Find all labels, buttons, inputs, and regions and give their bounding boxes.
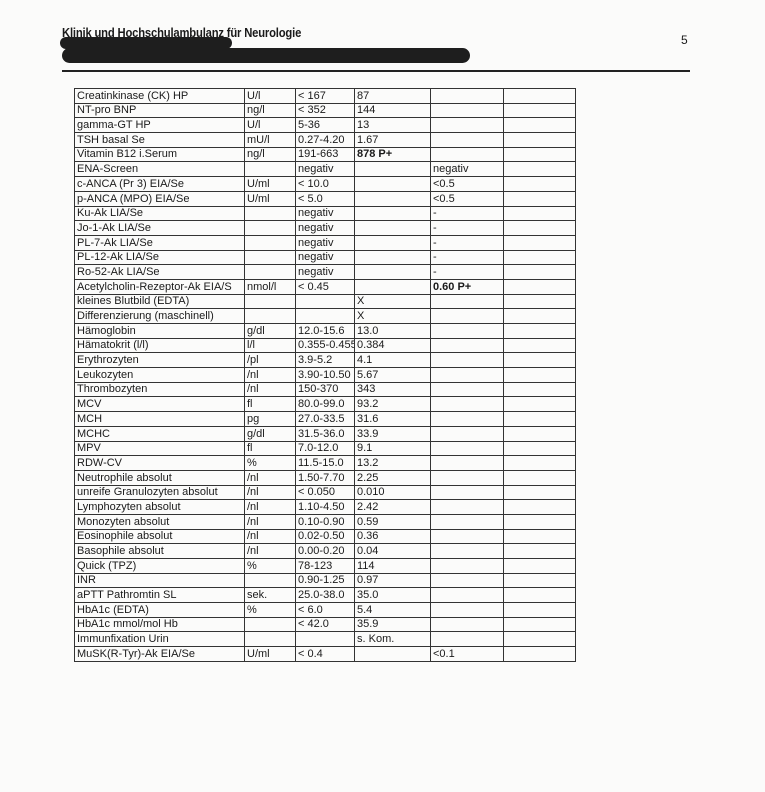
result-cell: X xyxy=(355,309,431,324)
unit-cell xyxy=(245,162,296,177)
result-cell-3 xyxy=(504,221,576,236)
reference-range-cell: 150-370 xyxy=(296,382,355,397)
result-cell-2 xyxy=(431,338,504,353)
result-cell-2 xyxy=(431,617,504,632)
result-cell-3 xyxy=(504,632,576,647)
result-cell-2: 0.60 P+ xyxy=(431,279,504,294)
unit-cell: % xyxy=(245,456,296,471)
unit-cell xyxy=(245,294,296,309)
result-cell: s. Kom. xyxy=(355,632,431,647)
test-name-cell: Ku-Ak LIA/Se xyxy=(75,206,245,221)
result-cell-2 xyxy=(431,544,504,559)
unit-cell: fl xyxy=(245,441,296,456)
table-row: Basophile absolut/nl0.00-0.200.04 xyxy=(75,544,576,559)
unit-cell: /pl xyxy=(245,353,296,368)
result-cell: 0.010 xyxy=(355,485,431,500)
result-cell-2 xyxy=(431,147,504,162)
result-cell-3 xyxy=(504,382,576,397)
result-cell: 0.384 xyxy=(355,338,431,353)
result-cell xyxy=(355,206,431,221)
result-cell-2 xyxy=(431,441,504,456)
reference-range-cell xyxy=(296,309,355,324)
result-cell-3 xyxy=(504,133,576,148)
result-cell-2 xyxy=(431,118,504,133)
table-row: gamma-GT HPU/l5-3613 xyxy=(75,118,576,133)
table-row: aPTT Pathromtin SLsek.25.0-38.035.0 xyxy=(75,588,576,603)
table-row: PL-7-Ak LIA/Senegativ- xyxy=(75,235,576,250)
test-name-cell: Vitamin B12 i.Serum xyxy=(75,147,245,162)
table-row: Eosinophile absolut/nl0.02-0.500.36 xyxy=(75,529,576,544)
table-row: TSH basal SemU/l0.27-4.201.67 xyxy=(75,133,576,148)
table-row: MuSK(R-Tyr)-Ak EIA/SeU/ml< 0.4<0.1 xyxy=(75,647,576,662)
unit-cell: % xyxy=(245,559,296,574)
result-cell xyxy=(355,265,431,280)
test-name-cell: kleines Blutbild (EDTA) xyxy=(75,294,245,309)
result-cell-2 xyxy=(431,470,504,485)
result-cell-2 xyxy=(431,559,504,574)
result-cell-2 xyxy=(431,456,504,471)
result-cell-2 xyxy=(431,309,504,324)
result-cell: 35.0 xyxy=(355,588,431,603)
reference-range-cell: 3.90-10.50 xyxy=(296,368,355,383)
unit-cell xyxy=(245,265,296,280)
reference-range-cell: < 0.050 xyxy=(296,485,355,500)
unit-cell: pg xyxy=(245,412,296,427)
result-cell-3 xyxy=(504,647,576,662)
unit-cell: nmol/l xyxy=(245,279,296,294)
reference-range-cell: 78-123 xyxy=(296,559,355,574)
result-cell xyxy=(355,191,431,206)
result-cell-3 xyxy=(504,235,576,250)
result-cell-2 xyxy=(431,588,504,603)
table-row: HbA1c (EDTA)%< 6.05.4 xyxy=(75,603,576,618)
result-cell: 35.9 xyxy=(355,617,431,632)
test-name-cell: Thrombozyten xyxy=(75,382,245,397)
unit-cell: U/ml xyxy=(245,647,296,662)
table-row: MCHCg/dl31.5-36.033.9 xyxy=(75,426,576,441)
result-cell-3 xyxy=(504,603,576,618)
reference-range-cell: 27.0-33.5 xyxy=(296,412,355,427)
page-number: 5 xyxy=(681,33,688,47)
test-name-cell: Ro-52-Ak LIA/Se xyxy=(75,265,245,280)
result-cell-2 xyxy=(431,412,504,427)
result-cell: 2.25 xyxy=(355,470,431,485)
unit-cell: /nl xyxy=(245,368,296,383)
unit-cell: U/l xyxy=(245,118,296,133)
result-cell-2: - xyxy=(431,250,504,265)
reference-range-cell: negativ xyxy=(296,265,355,280)
table-row: c-ANCA (Pr 3) EIA/SeU/ml< 10.0<0.5 xyxy=(75,177,576,192)
table-row: Hämoglobing/dl12.0-15.613.0 xyxy=(75,324,576,339)
test-name-cell: unreife Granulozyten absolut xyxy=(75,485,245,500)
test-name-cell: MuSK(R-Tyr)-Ak EIA/Se xyxy=(75,647,245,662)
reference-range-cell: negativ xyxy=(296,162,355,177)
result-cell-2 xyxy=(431,294,504,309)
result-cell-3 xyxy=(504,206,576,221)
result-cell-3 xyxy=(504,118,576,133)
reference-range-cell: 191-663 xyxy=(296,147,355,162)
result-cell xyxy=(355,250,431,265)
reference-range-cell: 0.00-0.20 xyxy=(296,544,355,559)
result-cell-3 xyxy=(504,103,576,118)
result-cell-3 xyxy=(504,177,576,192)
test-name-cell: PL-7-Ak LIA/Se xyxy=(75,235,245,250)
reference-range-cell: 1.10-4.50 xyxy=(296,500,355,515)
result-cell-2 xyxy=(431,529,504,544)
test-name-cell: Jo-1-Ak LIA/Se xyxy=(75,221,245,236)
result-cell-2: - xyxy=(431,235,504,250)
reference-range-cell: < 167 xyxy=(296,89,355,104)
result-cell-2: - xyxy=(431,221,504,236)
test-name-cell: Creatinkinase (CK) HP xyxy=(75,89,245,104)
result-cell-3 xyxy=(504,147,576,162)
test-name-cell: PL-12-Ak LIA/Se xyxy=(75,250,245,265)
result-cell-3 xyxy=(504,529,576,544)
result-cell: 5.4 xyxy=(355,603,431,618)
result-cell-2 xyxy=(431,632,504,647)
result-cell-2: negativ xyxy=(431,162,504,177)
reference-range-cell: negativ xyxy=(296,250,355,265)
test-name-cell: INR xyxy=(75,573,245,588)
result-cell-2 xyxy=(431,324,504,339)
reference-range-cell xyxy=(296,294,355,309)
table-row: Differenzierung (maschinell)X xyxy=(75,309,576,324)
test-name-cell: Monozyten absolut xyxy=(75,514,245,529)
result-cell: 0.04 xyxy=(355,544,431,559)
table-row: Lymphozyten absolut/nl1.10-4.502.42 xyxy=(75,500,576,515)
table-row: ENA-Screennegativnegativ xyxy=(75,162,576,177)
result-cell-3 xyxy=(504,294,576,309)
reference-range-cell: 80.0-99.0 xyxy=(296,397,355,412)
unit-cell xyxy=(245,632,296,647)
header-rule xyxy=(62,70,690,72)
result-cell: 343 xyxy=(355,382,431,397)
test-name-cell: Leukozyten xyxy=(75,368,245,383)
test-name-cell: HbA1c mmol/mol Hb xyxy=(75,617,245,632)
redaction-bar xyxy=(62,48,470,63)
reference-range-cell: < 10.0 xyxy=(296,177,355,192)
result-cell-3 xyxy=(504,588,576,603)
result-cell-2 xyxy=(431,353,504,368)
unit-cell xyxy=(245,235,296,250)
result-cell: 31.6 xyxy=(355,412,431,427)
result-cell-2 xyxy=(431,426,504,441)
test-name-cell: gamma-GT HP xyxy=(75,118,245,133)
result-cell-2 xyxy=(431,397,504,412)
test-name-cell: MCV xyxy=(75,397,245,412)
result-cell: 0.59 xyxy=(355,514,431,529)
reference-range-cell: < 352 xyxy=(296,103,355,118)
result-cell: 144 xyxy=(355,103,431,118)
test-name-cell: HbA1c (EDTA) xyxy=(75,603,245,618)
test-name-cell: ENA-Screen xyxy=(75,162,245,177)
unit-cell: ng/l xyxy=(245,147,296,162)
unit-cell: fl xyxy=(245,397,296,412)
result-cell xyxy=(355,221,431,236)
unit-cell: g/dl xyxy=(245,426,296,441)
result-cell-3 xyxy=(504,191,576,206)
table-row: PL-12-Ak LIA/Senegativ- xyxy=(75,250,576,265)
result-cell-3 xyxy=(504,514,576,529)
test-name-cell: aPTT Pathromtin SL xyxy=(75,588,245,603)
table-row: MPVfl7.0-12.09.1 xyxy=(75,441,576,456)
table-row: p-ANCA (MPO) EIA/SeU/ml< 5.0<0.5 xyxy=(75,191,576,206)
unit-cell: /nl xyxy=(245,470,296,485)
unit-cell: U/ml xyxy=(245,177,296,192)
test-name-cell: Quick (TPZ) xyxy=(75,559,245,574)
test-name-cell: MCHC xyxy=(75,426,245,441)
reference-range-cell: negativ xyxy=(296,221,355,236)
unit-cell: /nl xyxy=(245,544,296,559)
result-cell: 2.42 xyxy=(355,500,431,515)
table-row: INR0.90-1.250.97 xyxy=(75,573,576,588)
reference-range-cell: 0.02-0.50 xyxy=(296,529,355,544)
result-cell-3 xyxy=(504,397,576,412)
result-cell-2: <0.5 xyxy=(431,177,504,192)
test-name-cell: RDW-CV xyxy=(75,456,245,471)
result-cell-2: - xyxy=(431,265,504,280)
result-cell-2 xyxy=(431,133,504,148)
result-cell-3 xyxy=(504,573,576,588)
result-cell-3 xyxy=(504,265,576,280)
result-cell xyxy=(355,177,431,192)
test-name-cell: Hämoglobin xyxy=(75,324,245,339)
unit-cell: /nl xyxy=(245,485,296,500)
table-row: Hämatokrit (l/l)l/l0.355-0.4550.384 xyxy=(75,338,576,353)
result-cell xyxy=(355,279,431,294)
table-row: Leukozyten/nl3.90-10.505.67 xyxy=(75,368,576,383)
table-row: Erythrozyten/pl3.9-5.24.1 xyxy=(75,353,576,368)
result-cell-2 xyxy=(431,514,504,529)
table-row: Thrombozyten/nl150-370343 xyxy=(75,382,576,397)
result-cell xyxy=(355,235,431,250)
table-row: MCVfl80.0-99.093.2 xyxy=(75,397,576,412)
test-name-cell: Lymphozyten absolut xyxy=(75,500,245,515)
result-cell xyxy=(355,647,431,662)
reference-range-cell: < 0.4 xyxy=(296,647,355,662)
reference-range-cell: 1.50-7.70 xyxy=(296,470,355,485)
result-cell-3 xyxy=(504,500,576,515)
unit-cell xyxy=(245,573,296,588)
reference-range-cell xyxy=(296,632,355,647)
result-cell-2 xyxy=(431,485,504,500)
test-name-cell: MCH xyxy=(75,412,245,427)
reference-range-cell: 5-36 xyxy=(296,118,355,133)
unit-cell xyxy=(245,221,296,236)
reference-range-cell: < 5.0 xyxy=(296,191,355,206)
result-cell-3 xyxy=(504,338,576,353)
result-cell-2: <0.5 xyxy=(431,191,504,206)
result-cell: 33.9 xyxy=(355,426,431,441)
result-cell-2 xyxy=(431,103,504,118)
result-cell-3 xyxy=(504,485,576,500)
test-name-cell: p-ANCA (MPO) EIA/Se xyxy=(75,191,245,206)
unit-cell: ng/l xyxy=(245,103,296,118)
test-name-cell: Neutrophile absolut xyxy=(75,470,245,485)
result-cell-2: - xyxy=(431,206,504,221)
result-cell-3 xyxy=(504,309,576,324)
unit-cell: sek. xyxy=(245,588,296,603)
result-cell: 13 xyxy=(355,118,431,133)
reference-range-cell: 0.10-0.90 xyxy=(296,514,355,529)
result-cell-2 xyxy=(431,89,504,104)
result-cell: 87 xyxy=(355,89,431,104)
unit-cell: g/dl xyxy=(245,324,296,339)
result-cell: 13.2 xyxy=(355,456,431,471)
result-cell-3 xyxy=(504,559,576,574)
result-cell-2 xyxy=(431,603,504,618)
unit-cell: /nl xyxy=(245,500,296,515)
result-cell-2 xyxy=(431,382,504,397)
lab-results-table: Creatinkinase (CK) HPU/l< 16787NT-pro BN… xyxy=(74,88,576,662)
unit-cell: /nl xyxy=(245,529,296,544)
reference-range-cell: 25.0-38.0 xyxy=(296,588,355,603)
table-row: Ro-52-Ak LIA/Senegativ- xyxy=(75,265,576,280)
result-cell-3 xyxy=(504,162,576,177)
test-name-cell: Differenzierung (maschinell) xyxy=(75,309,245,324)
unit-cell xyxy=(245,250,296,265)
reference-range-cell: 3.9-5.2 xyxy=(296,353,355,368)
result-cell: 9.1 xyxy=(355,441,431,456)
table-row: Vitamin B12 i.Serumng/l191-663878 P+ xyxy=(75,147,576,162)
reference-range-cell: 0.27-4.20 xyxy=(296,133,355,148)
test-name-cell: c-ANCA (Pr 3) EIA/Se xyxy=(75,177,245,192)
result-cell: 5.67 xyxy=(355,368,431,383)
table-row: Monozyten absolut/nl0.10-0.900.59 xyxy=(75,514,576,529)
table-row: Acetylcholin-Rezeptor-Ak EIA/Snmol/l< 0.… xyxy=(75,279,576,294)
result-cell-3 xyxy=(504,89,576,104)
unit-cell xyxy=(245,206,296,221)
reference-range-cell: 12.0-15.6 xyxy=(296,324,355,339)
reference-range-cell: < 6.0 xyxy=(296,603,355,618)
test-name-cell: TSH basal Se xyxy=(75,133,245,148)
result-cell: 4.1 xyxy=(355,353,431,368)
table-row: NT-pro BNPng/l< 352144 xyxy=(75,103,576,118)
test-name-cell: Acetylcholin-Rezeptor-Ak EIA/S xyxy=(75,279,245,294)
reference-range-cell: < 0.45 xyxy=(296,279,355,294)
table-row: Creatinkinase (CK) HPU/l< 16787 xyxy=(75,89,576,104)
result-cell-2 xyxy=(431,500,504,515)
table-row: HbA1c mmol/mol Hb< 42.035.9 xyxy=(75,617,576,632)
table-row: Immunfixation Urins. Kom. xyxy=(75,632,576,647)
test-name-cell: MPV xyxy=(75,441,245,456)
result-cell-3 xyxy=(504,353,576,368)
unit-cell: l/l xyxy=(245,338,296,353)
table-row: RDW-CV%11.5-15.013.2 xyxy=(75,456,576,471)
test-name-cell: Eosinophile absolut xyxy=(75,529,245,544)
table-row: Ku-Ak LIA/Senegativ- xyxy=(75,206,576,221)
result-cell-2 xyxy=(431,573,504,588)
result-cell-2: <0.1 xyxy=(431,647,504,662)
table-row: MCHpg27.0-33.531.6 xyxy=(75,412,576,427)
reference-range-cell: 11.5-15.0 xyxy=(296,456,355,471)
result-cell-3 xyxy=(504,544,576,559)
result-cell: 0.97 xyxy=(355,573,431,588)
result-cell-3 xyxy=(504,426,576,441)
reference-range-cell: 0.355-0.455 xyxy=(296,338,355,353)
result-cell xyxy=(355,162,431,177)
result-cell: 93.2 xyxy=(355,397,431,412)
result-cell-3 xyxy=(504,441,576,456)
result-cell: 13.0 xyxy=(355,324,431,339)
reference-range-cell: 7.0-12.0 xyxy=(296,441,355,456)
test-name-cell: Basophile absolut xyxy=(75,544,245,559)
result-cell-3 xyxy=(504,368,576,383)
unit-cell: /nl xyxy=(245,514,296,529)
result-cell-3 xyxy=(504,617,576,632)
test-name-cell: Erythrozyten xyxy=(75,353,245,368)
result-cell-3 xyxy=(504,470,576,485)
result-cell: 0.36 xyxy=(355,529,431,544)
unit-cell: % xyxy=(245,603,296,618)
test-name-cell: Hämatokrit (l/l) xyxy=(75,338,245,353)
result-cell-3 xyxy=(504,279,576,294)
result-cell: X xyxy=(355,294,431,309)
table-row: Jo-1-Ak LIA/Senegativ- xyxy=(75,221,576,236)
result-cell: 878 P+ xyxy=(355,147,431,162)
unit-cell: U/ml xyxy=(245,191,296,206)
test-name-cell: NT-pro BNP xyxy=(75,103,245,118)
result-cell-3 xyxy=(504,250,576,265)
unit-cell: mU/l xyxy=(245,133,296,148)
reference-range-cell: negativ xyxy=(296,235,355,250)
result-cell-2 xyxy=(431,368,504,383)
unit-cell xyxy=(245,617,296,632)
result-cell-3 xyxy=(504,324,576,339)
reference-range-cell: 0.90-1.25 xyxy=(296,573,355,588)
reference-range-cell: negativ xyxy=(296,206,355,221)
reference-range-cell: 31.5-36.0 xyxy=(296,426,355,441)
unit-cell xyxy=(245,309,296,324)
table-row: kleines Blutbild (EDTA)X xyxy=(75,294,576,309)
unit-cell: /nl xyxy=(245,382,296,397)
reference-range-cell: < 42.0 xyxy=(296,617,355,632)
result-cell: 114 xyxy=(355,559,431,574)
unit-cell: U/l xyxy=(245,89,296,104)
test-name-cell: Immunfixation Urin xyxy=(75,632,245,647)
result-cell-3 xyxy=(504,456,576,471)
result-cell: 1.67 xyxy=(355,133,431,148)
result-cell-3 xyxy=(504,412,576,427)
table-row: Neutrophile absolut/nl1.50-7.702.25 xyxy=(75,470,576,485)
table-row: Quick (TPZ)%78-123114 xyxy=(75,559,576,574)
table-row: unreife Granulozyten absolut/nl< 0.0500.… xyxy=(75,485,576,500)
